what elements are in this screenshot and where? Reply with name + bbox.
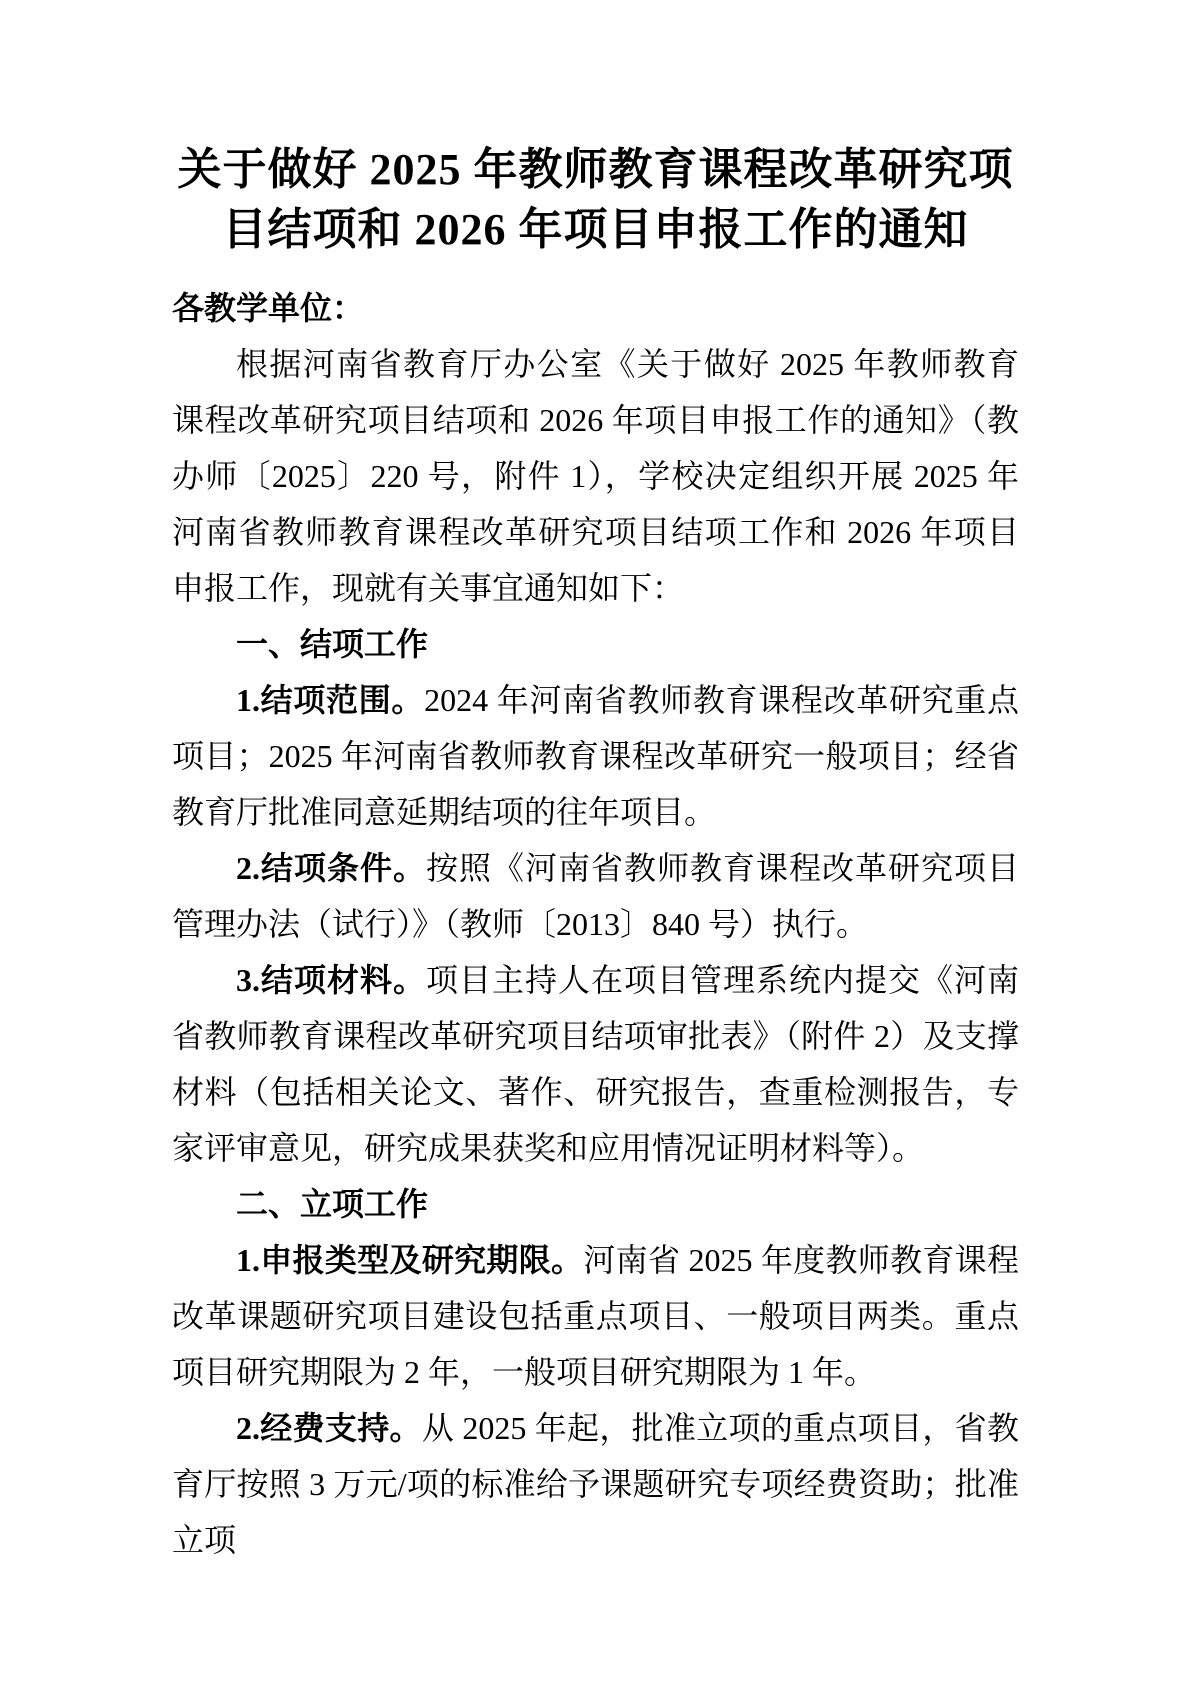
document-title-line-2: 目结项和 2026 年项目申报工作的通知 [172, 200, 1019, 260]
section-2-item-1: 1.申报类型及研究期限。河南省 2025 年度教师教育课程改革课题研究项目建设包… [172, 1232, 1019, 1400]
document-page: 关于做好 2025 年教师教育课程改革研究项 目结项和 2026 年项目申报工作… [0, 0, 1191, 1684]
section-1-item-3-label: 3.结项材料。 [236, 962, 426, 998]
section-1-item-1-label: 1.结项范围。 [236, 682, 424, 718]
section-2-item-2-label: 2.经费支持。 [236, 1410, 422, 1446]
section-2-heading: 二、立项工作 [172, 1176, 1019, 1232]
section-1-item-1: 1.结项范围。2024 年河南省教师教育课程改革研究重点项目；2025 年河南省… [172, 672, 1019, 840]
section-1-item-3: 3.结项材料。项目主持人在项目管理系统内提交《河南省教师教育课程改革研究项目结项… [172, 952, 1019, 1176]
intro-paragraph: 根据河南省教育厅办公室《关于做好 2025 年教师教育课程改革研究项目结项和 2… [172, 336, 1019, 616]
section-2-item-1-label: 1.申报类型及研究期限。 [236, 1242, 583, 1278]
document-title: 关于做好 2025 年教师教育课程改革研究项 目结项和 2026 年项目申报工作… [172, 140, 1019, 260]
section-2-item-2: 2.经费支持。从 2025 年起，批准立项的重点项目，省教育厅按照 3 万元/项… [172, 1400, 1019, 1568]
document-title-line-1: 关于做好 2025 年教师教育课程改革研究项 [172, 140, 1019, 200]
section-1-item-2-label: 2.结项条件。 [236, 850, 426, 886]
section-1-item-2: 2.结项条件。按照《河南省教师教育课程改革研究项目管理办法（试行）》（教师〔20… [172, 840, 1019, 952]
section-1-heading: 一、结项工作 [172, 616, 1019, 672]
salutation: 各教学单位： [172, 280, 1019, 336]
